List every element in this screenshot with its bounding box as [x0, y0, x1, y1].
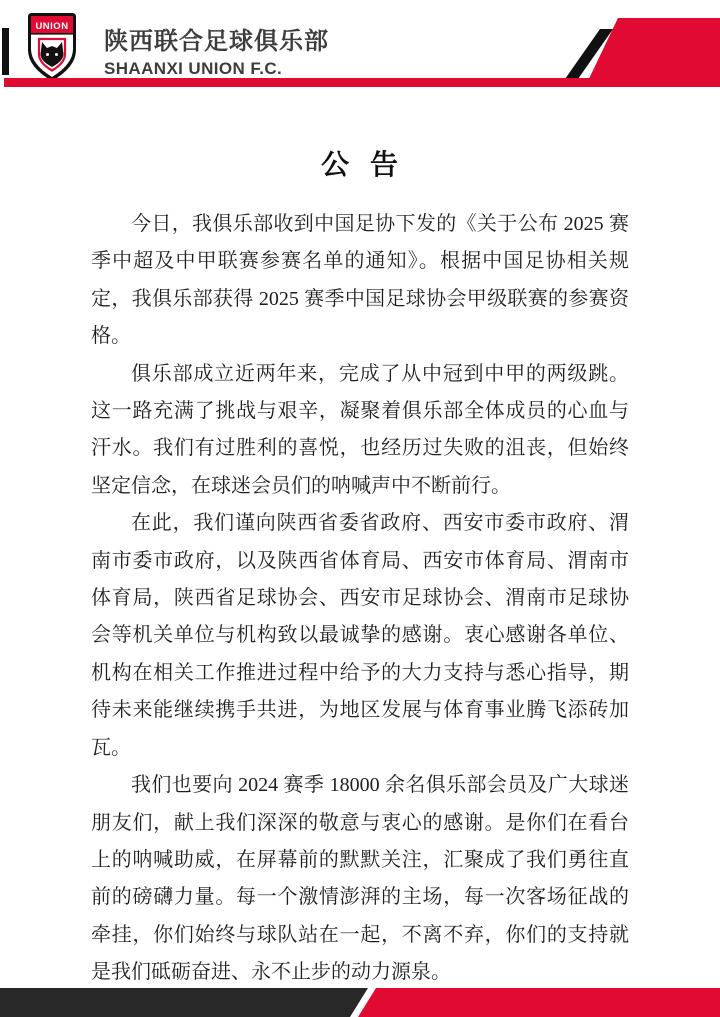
- header-red-slash: [585, 18, 720, 87]
- announcement-title: 公 告: [91, 146, 629, 186]
- club-name-en: SHAANXI UNION F.C.: [104, 58, 329, 80]
- announcement-paragraph: 今日，我俱乐部收到中国足协下发的《关于公布 2025 赛季中超及中甲联赛参赛名单…: [91, 206, 629, 356]
- announcement-body: 今日，我俱乐部收到中国足协下发的《关于公布 2025 赛季中超及中甲联赛参赛名单…: [91, 206, 629, 992]
- brand-text-block: 陕西联合足球俱乐部 SHAANXI UNION F.C.: [104, 28, 329, 80]
- club-name-zh: 陕西联合足球俱乐部: [104, 28, 329, 56]
- header-red-rule: [4, 78, 720, 87]
- footer-band: [0, 988, 720, 1017]
- announcement-paragraph: 我们也要向 2024 赛季 18000 余名俱乐部会员及广大球迷朋友们，献上我们…: [91, 767, 629, 991]
- club-crest-icon: UNION: [24, 12, 80, 82]
- announcement-document: 公 告 今日，我俱乐部收到中国足协下发的《关于公布 2025 赛季中超及中甲联赛…: [91, 146, 629, 992]
- announcement-page: UNION 陕西联合足球俱乐部 SHAANXI UNION F.C. 公 告 今…: [0, 0, 720, 1017]
- announcement-paragraph: 在此，我们谨向陕西省委省政府、西安市委市政府、渭南市委市政府，以及陕西省体育局、…: [91, 505, 629, 767]
- crest-banner-text: UNION: [35, 21, 68, 32]
- announcement-paragraph: 俱乐部成立近两年来，完成了从中冠到中甲的两级跳。这一路充满了挑战与艰辛，凝聚着俱…: [91, 356, 629, 506]
- left-accent-bar: [2, 28, 9, 75]
